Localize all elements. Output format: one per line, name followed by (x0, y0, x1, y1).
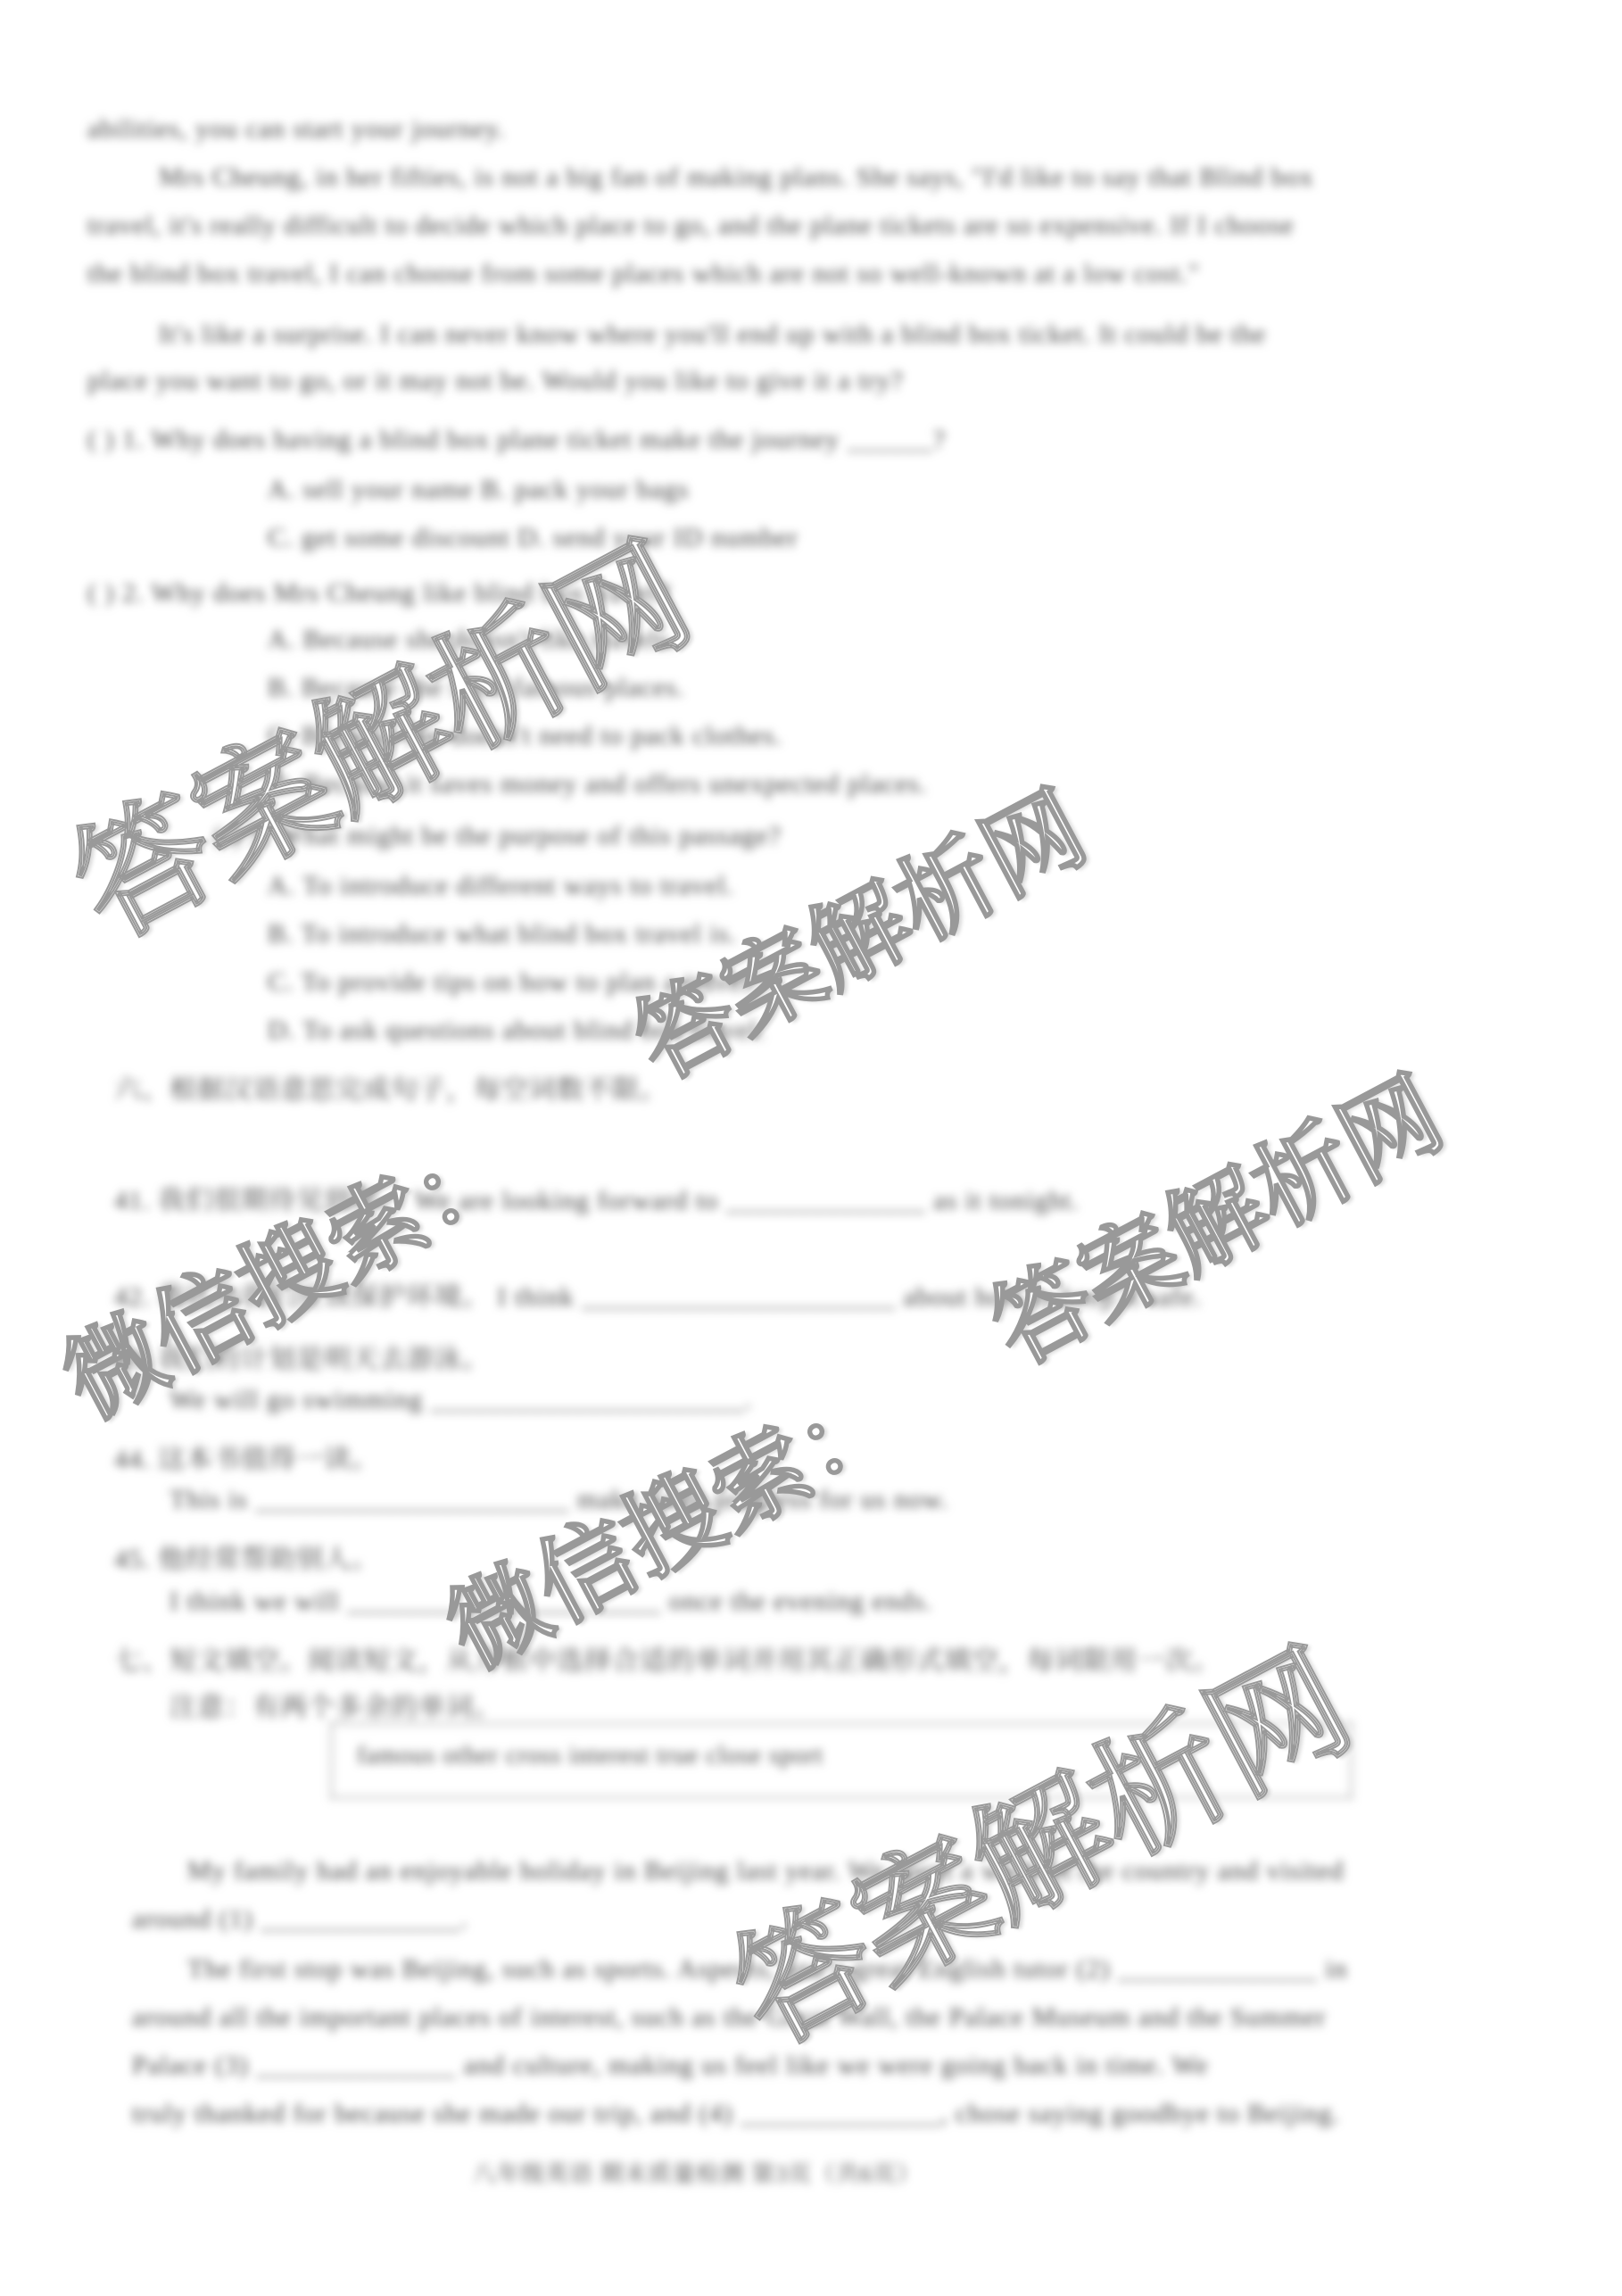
section-note: 注意：有两个多余的单词。 (170, 1685, 501, 1724)
option: B. To introduce what blind box travel is… (268, 919, 737, 949)
question: ( ) 1. Why does having a blind box plane… (87, 425, 946, 455)
passage-line: Palace (3) ______________ and culture, m… (132, 2051, 1209, 2081)
answer-line: We will go swimming ____________________… (170, 1385, 752, 1415)
text-line: place you want to go, or it may not be. … (87, 366, 904, 396)
word-bank: famous other cross interest true close s… (357, 1742, 823, 1770)
text-line: travel, it's really difficult to decide … (87, 211, 1295, 241)
text-line: It's like a surprise. I can never know w… (159, 319, 1266, 350)
passage-line: around all the important places of inter… (132, 2002, 1327, 2033)
passage-line: around (1) ______________. (132, 1904, 468, 1935)
question: 44. 这本书值得一读。 (114, 1437, 379, 1476)
section-heading: 六、根据汉语意思完成句子，每空词数不限。 (114, 1067, 667, 1107)
text-line: Mrs Cheung, in her fifties, is not a big… (159, 162, 1314, 193)
text-line: abilities, you can start your journey. (87, 114, 505, 145)
section-heading: 七、短文填空。阅读短文，从方框中选择合适的单词并用其正确形式填空，每词限用一次。 (114, 1638, 1221, 1678)
question: 45. 他经常帮助别人。 (114, 1537, 379, 1576)
option: A. To introduce different ways to travel… (268, 871, 734, 901)
page-footer: 八年级英语 期末质量检测 第3页（共6页） (473, 2156, 921, 2189)
passage-line: truly thanked for because she made our t… (132, 2099, 1340, 2129)
text-line: the blind box travel, I can choose from … (87, 259, 1200, 289)
